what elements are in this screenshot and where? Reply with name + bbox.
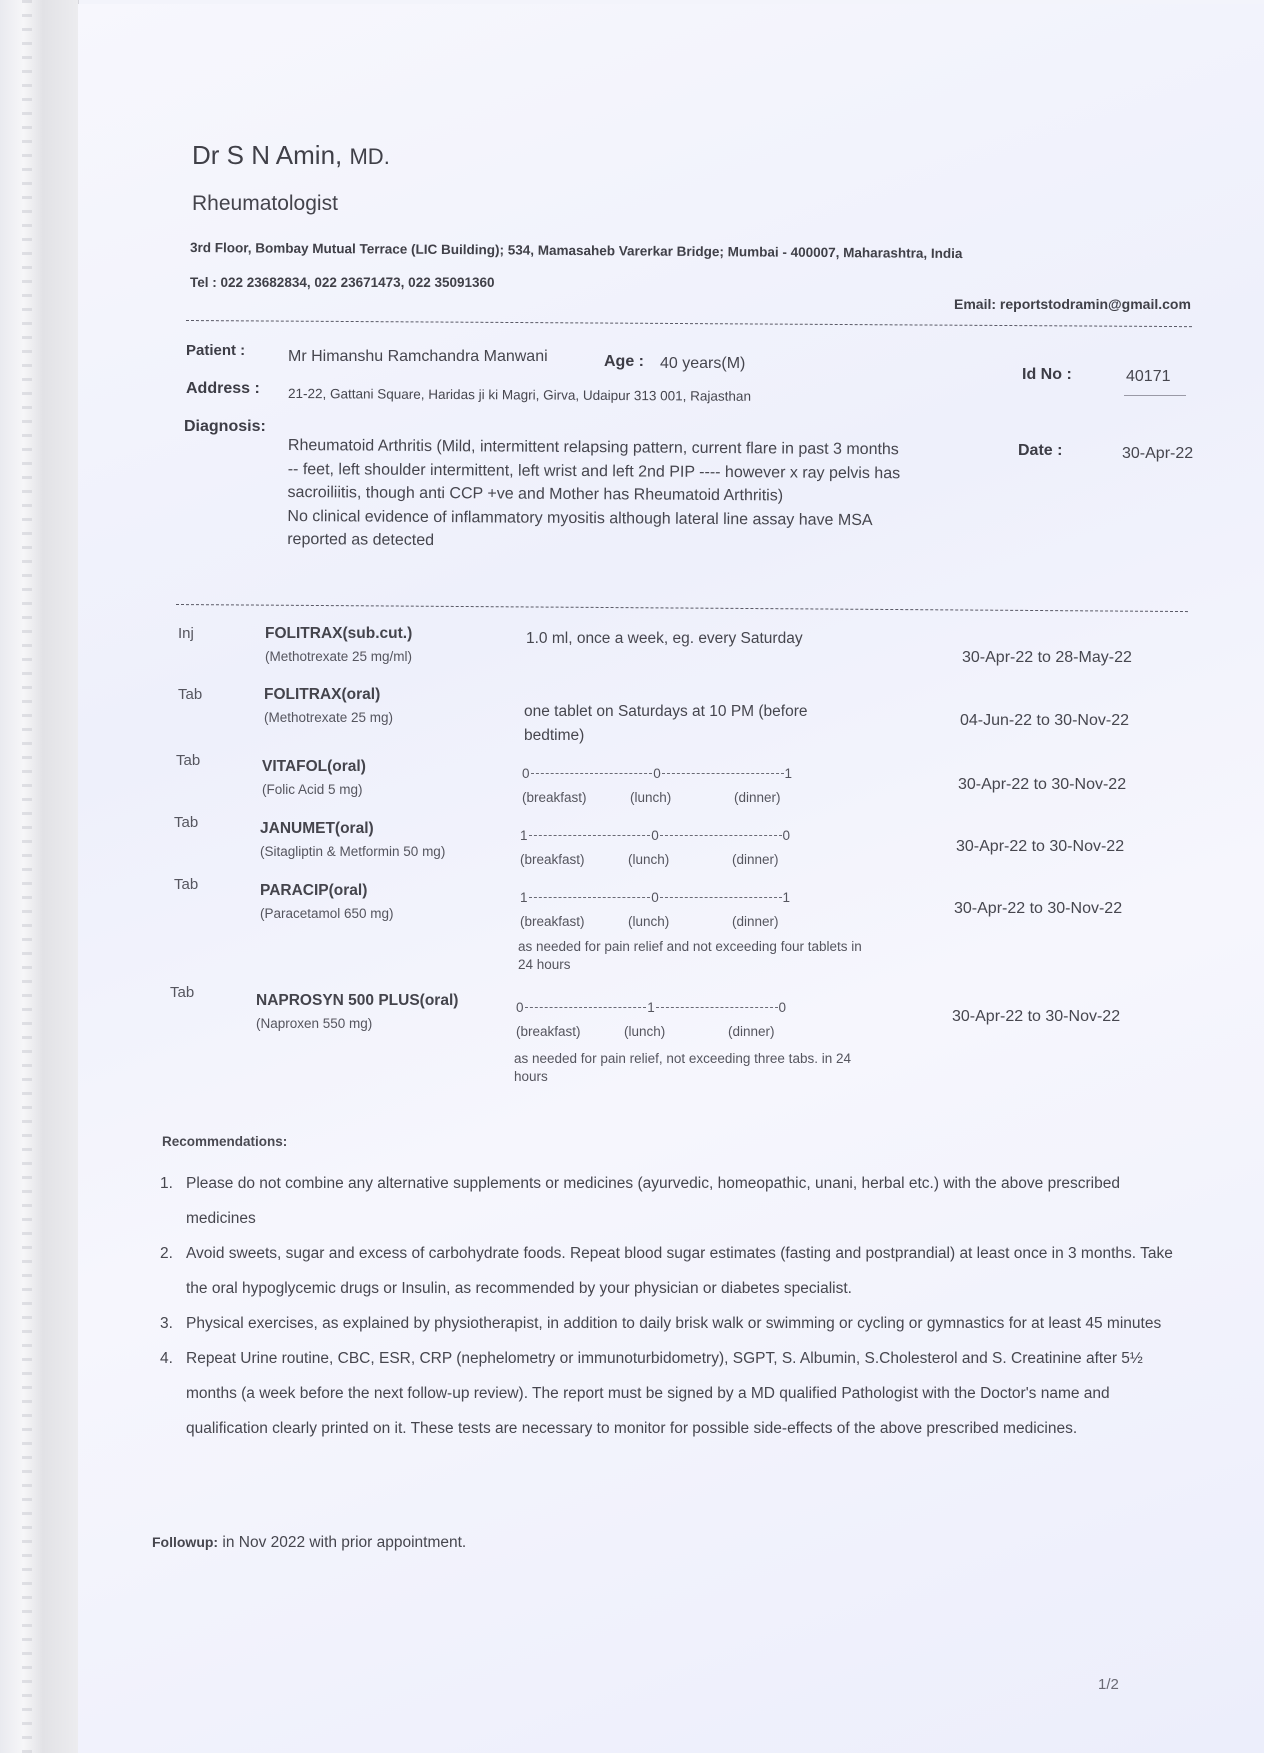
dose-dinner: 0 <box>783 828 791 843</box>
id-underline <box>1124 395 1186 396</box>
doctor-name-text: Dr S N Amin, <box>192 140 342 170</box>
recommendation-item: 1.Please do not combine any alternative … <box>160 1166 1190 1236</box>
doctor-name: Dr S N Amin, MD. <box>192 140 390 171</box>
dose-breakfast: 1 <box>520 890 528 905</box>
recommendation-text: Repeat Urine routine, CBC, ESR, CRP (nep… <box>186 1350 1143 1437</box>
page-number: 1/2 <box>1098 1676 1119 1693</box>
followup-note: Followup: in Nov 2022 with prior appoint… <box>152 1534 466 1552</box>
dose-dinner: 1 <box>783 890 791 905</box>
doctor-specialty: Rheumatologist <box>192 192 338 216</box>
med-form: Inj <box>178 625 194 642</box>
recommendation-number: 3. <box>160 1306 173 1341</box>
recommendation-item: 3.Physical exercises, as explained by ph… <box>160 1306 1190 1341</box>
med-form: Tab <box>178 686 202 703</box>
recommendation-number: 2. <box>160 1236 173 1271</box>
meal-dinner: (dinner) <box>732 852 779 867</box>
med-name: VITAFOL(oral) <box>262 758 366 776</box>
diagnosis-label: Diagnosis: <box>184 418 266 436</box>
med-period: 30-Apr-22 to 30-Nov-22 <box>954 900 1122 918</box>
patient-age: 40 years(M) <box>660 355 745 373</box>
meal-dinner: (dinner) <box>734 790 781 805</box>
med-form: Tab <box>174 876 198 893</box>
binder-strip <box>0 0 79 1753</box>
meal-breakfast: (breakfast) <box>520 914 585 929</box>
age-label: Age : <box>604 353 644 371</box>
dose-breakfast: 0 <box>522 766 530 781</box>
diagnosis-line-2: No clinical evidence of inflammatory myo… <box>287 504 907 555</box>
recommendations-heading: Recommendations: <box>162 1134 287 1149</box>
meal-lunch: (lunch) <box>628 914 669 929</box>
recommendation-text: Please do not combine any alternative su… <box>186 1175 1120 1227</box>
meal-dinner: (dinner) <box>732 914 779 929</box>
patient-address: 21-22, Gattani Square, Haridas ji ki Mag… <box>288 386 751 404</box>
meal-lunch: (lunch) <box>628 852 669 867</box>
dose-dinner: 0 <box>779 1000 787 1015</box>
med-form: Tab <box>176 752 200 769</box>
dose-breakfast: 0 <box>516 1000 524 1015</box>
diagnosis-line-1: Rheumatoid Arthritis (Mild, intermittent… <box>288 434 908 509</box>
diagnosis-text: Rheumatoid Arthritis (Mild, intermittent… <box>287 434 908 556</box>
med-period: 30-Apr-22 to 28-May-22 <box>962 649 1132 667</box>
recommendation-item: 4.Repeat Urine routine, CBC, ESR, CRP (n… <box>160 1341 1190 1446</box>
dose-note: as needed for pain relief and not exceed… <box>518 938 868 974</box>
med-generic: (Methotrexate 25 mg) <box>264 710 393 725</box>
med-generic: (Sitagliptin & Metformin 50 mg) <box>260 844 445 859</box>
clinic-email[interactable]: Email: reportstodramin@gmail.com <box>954 296 1191 312</box>
patient-name: Mr Himanshu Ramchandra Manwani <box>288 348 548 366</box>
med-generic: (Naproxen 550 mg) <box>256 1016 372 1031</box>
prescription-date: 30-Apr-22 <box>1122 445 1193 463</box>
med-dosage: one tablet on Saturdays at 10 PM (before… <box>524 700 869 748</box>
recommendation-number: 4. <box>160 1341 173 1376</box>
dose-lunch: 0 <box>651 828 659 843</box>
med-name: NAPROSYN 500 PLUS(oral) <box>256 992 458 1010</box>
meal-breakfast: (breakfast) <box>522 790 587 805</box>
med-form: Tab <box>170 984 194 1001</box>
med-period: 04-Jun-22 to 30-Nov-22 <box>960 712 1129 730</box>
dose-schedule: 1 0 0 <box>520 828 790 843</box>
med-form: Tab <box>174 814 198 831</box>
doctor-qualification: MD. <box>349 144 389 169</box>
med-generic: (Folic Acid 5 mg) <box>262 782 363 797</box>
meal-breakfast: (breakfast) <box>516 1024 581 1039</box>
patient-id: 40171 <box>1126 368 1171 386</box>
patient-label: Patient : <box>186 342 245 359</box>
dose-schedule: 0 1 0 <box>516 1000 786 1015</box>
med-name: JANUMET(oral) <box>260 820 374 838</box>
prescription-page <box>78 4 1264 1753</box>
binder-perforation <box>22 0 32 1753</box>
meal-breakfast: (breakfast) <box>520 852 585 867</box>
dose-lunch: 0 <box>651 890 659 905</box>
date-label: Date : <box>1018 442 1062 460</box>
dose-schedule: 0 0 1 <box>522 766 792 781</box>
dose-note: as needed for pain relief, not exceeding… <box>514 1050 864 1086</box>
recommendation-number: 1. <box>160 1166 173 1201</box>
med-period: 30-Apr-22 to 30-Nov-22 <box>956 838 1124 856</box>
clinic-phone: Tel : 022 23682834, 022 23671473, 022 35… <box>190 275 495 290</box>
recommendation-text: Avoid sweets, sugar and excess of carboh… <box>186 1245 1173 1297</box>
med-name: FOLITRAX(sub.cut.) <box>265 625 412 643</box>
address-label: Address : <box>186 380 260 398</box>
meal-lunch: (lunch) <box>624 1024 665 1039</box>
recommendation-text: Physical exercises, as explained by phys… <box>186 1315 1161 1332</box>
med-name: FOLITRAX(oral) <box>264 686 380 704</box>
dose-lunch: 0 <box>653 766 661 781</box>
med-period: 30-Apr-22 to 30-Nov-22 <box>958 776 1126 794</box>
id-label: Id No : <box>1022 366 1072 384</box>
meal-dinner: (dinner) <box>728 1024 775 1039</box>
followup-text: in Nov 2022 with prior appointment. <box>218 1534 466 1551</box>
med-name: PARACIP(oral) <box>260 882 367 900</box>
dose-breakfast: 1 <box>520 828 528 843</box>
meal-lunch: (lunch) <box>630 790 671 805</box>
recommendation-item: 2.Avoid sweets, sugar and excess of carb… <box>160 1236 1190 1306</box>
med-dosage: 1.0 ml, once a week, eg. every Saturday <box>526 627 866 651</box>
dose-lunch: 1 <box>647 1000 655 1015</box>
med-period: 30-Apr-22 to 30-Nov-22 <box>952 1008 1120 1026</box>
dose-dinner: 1 <box>785 766 793 781</box>
med-generic: (Methotrexate 25 mg/ml) <box>265 649 412 664</box>
dose-schedule: 1 0 1 <box>520 890 790 905</box>
followup-label: Followup: <box>152 1534 218 1550</box>
med-generic: (Paracetamol 650 mg) <box>260 906 394 921</box>
recommendations-list: 1.Please do not combine any alternative … <box>160 1166 1190 1446</box>
